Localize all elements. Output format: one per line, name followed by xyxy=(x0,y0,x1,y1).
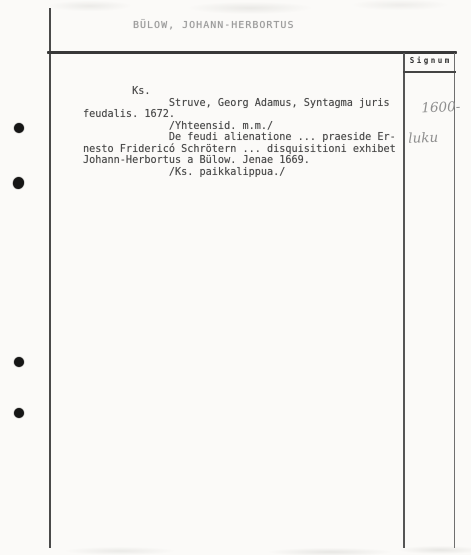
hole-punch xyxy=(14,408,24,418)
card-body-text: Ks. Struve, Georg Adamus, Syntagma juris… xyxy=(83,86,396,178)
signum-value-line2: luku xyxy=(405,130,457,147)
catalog-card-scan: BÜLOW, JOHANN-HERBORTUS Signum 1600- luk… xyxy=(0,0,471,555)
signum-column-header: Signum xyxy=(403,56,456,65)
scan-artifact-top xyxy=(0,0,471,20)
hole-punch xyxy=(14,357,24,367)
signum-header-underline xyxy=(403,71,456,73)
signum-value-line1: 1600- xyxy=(421,99,460,116)
card-top-rule xyxy=(47,51,457,54)
hole-punch xyxy=(12,176,26,190)
card-left-border xyxy=(49,8,51,548)
signum-handwritten-value: 1600- luku xyxy=(403,85,458,177)
card-heading: BÜLOW, JOHANN-HERBORTUS xyxy=(133,20,294,31)
scan-artifact-bottom xyxy=(0,543,471,555)
hole-punch xyxy=(14,123,24,133)
